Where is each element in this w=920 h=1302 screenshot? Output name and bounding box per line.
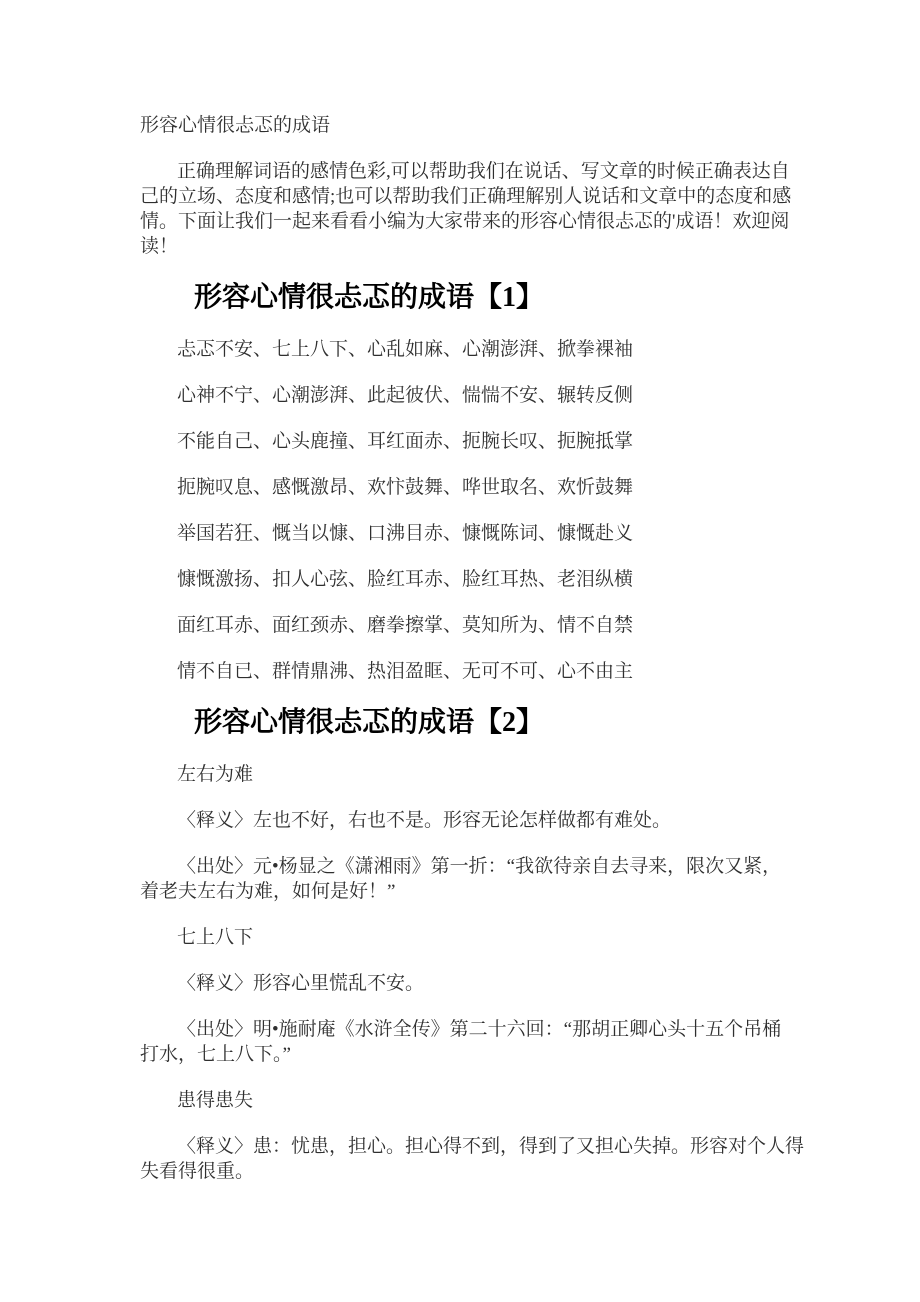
definition-line: 〈释义〉左也不好，右也不是。形容无论怎样做都有难处。 <box>140 808 782 833</box>
idiom-line-group: 忐忑不安、七上八下、心乱如麻、心潮澎湃、掀拳裸袖 <box>140 337 782 362</box>
source-line: 〈出处〉明•施耐庵《水浒全传》第二十六回：“那胡正卿心头十五个吊桶 <box>140 1017 782 1042</box>
idiom-line: 扼腕叹息、感慨激昂、欢忭鼓舞、哗世取名、欢忻鼓舞 <box>140 475 782 500</box>
idiom-line-group: 面红耳赤、面红颈赤、磨拳擦掌、莫知所为、情不自禁 <box>140 613 782 638</box>
idiom-line: 情不自已、群情鼎沸、热泪盈眶、无可不可、心不由主 <box>140 659 782 684</box>
idiom-line: 心神不宁、心潮澎湃、此起彼伏、惴惴不安、辗转反侧 <box>140 383 782 408</box>
idiom-line-group: 慷慨激扬、扣人心弦、脸红耳赤、脸红耳热、老泪纵横 <box>140 567 782 592</box>
idiom-line-group: 不能自己、心头鹿撞、耳红面赤、扼腕长叹、扼腕抵掌 <box>140 429 782 454</box>
entry-source: 〈出处〉元•杨显之《潇湘雨》第一折：“我欲待亲自去寻来，限次又紧， 着老夫左右为… <box>140 854 782 904</box>
source-line: 〈出处〉元•杨显之《潇湘雨》第一折：“我欲待亲自去寻来，限次又紧， <box>140 854 782 879</box>
entry-word: 患得患失 <box>140 1088 782 1113</box>
source-line: 打水，七上八下。” <box>140 1042 782 1067</box>
entry-word-text: 左右为难 <box>140 762 782 787</box>
source-line: 着老夫左右为难，如何是好！” <box>140 879 782 904</box>
entry-definition: 〈释义〉患：忧患，担心。担心得不到，得到了又担心失掉。形容对个人得 失看得很重。 <box>140 1134 782 1184</box>
intro-line: 情。下面让我们一起来看看小编为大家带来的形容心情很忐忑的'成语！欢迎阅 <box>140 209 782 234</box>
intro-line: 读！ <box>140 234 782 259</box>
idiom-line: 举国若狂、慨当以慷、口沸目赤、慷慨陈词、慷慨赴义 <box>140 521 782 546</box>
section-2-heading: 形容心情很忐忑的成语【2】 <box>140 705 782 741</box>
idiom-line: 面红耳赤、面红颈赤、磨拳擦掌、莫知所为、情不自禁 <box>140 613 782 638</box>
entry-definition: 〈释义〉左也不好，右也不是。形容无论怎样做都有难处。 <box>140 808 782 833</box>
entry-source: 〈出处〉明•施耐庵《水浒全传》第二十六回：“那胡正卿心头十五个吊桶 打水，七上八… <box>140 1017 782 1067</box>
definition-line: 〈释义〉患：忧患，担心。担心得不到，得到了又担心失掉。形容对个人得 <box>140 1134 782 1159</box>
entry-word-text: 七上八下 <box>140 925 782 950</box>
idiom-line-group: 扼腕叹息、感慨激昂、欢忭鼓舞、哗世取名、欢忻鼓舞 <box>140 475 782 500</box>
intro-line: 己的立场、态度和感情;也可以帮助我们正确理解别人说话和文章中的态度和感 <box>140 184 782 209</box>
definition-line: 失看得很重。 <box>140 1159 782 1184</box>
intro-paragraph: 正确理解词语的感情色彩,可以帮助我们在说话、写文章的时候正确表达自 己的立场、态… <box>140 159 782 259</box>
idiom-line: 忐忑不安、七上八下、心乱如麻、心潮澎湃、掀拳裸袖 <box>140 337 782 362</box>
idiom-line: 不能自己、心头鹿撞、耳红面赤、扼腕长叹、扼腕抵掌 <box>140 429 782 454</box>
doc-title: 形容心情很忐忑的成语 <box>140 113 782 138</box>
definition-line: 〈释义〉形容心里慌乱不安。 <box>140 971 782 996</box>
idiom-line-group: 举国若狂、慨当以慷、口沸目赤、慷慨陈词、慷慨赴义 <box>140 521 782 546</box>
entry-definition: 〈释义〉形容心里慌乱不安。 <box>140 971 782 996</box>
entry-word: 七上八下 <box>140 925 782 950</box>
intro-line: 正确理解词语的感情色彩,可以帮助我们在说话、写文章的时候正确表达自 <box>140 159 782 184</box>
document-page: 形容心情很忐忑的成语 正确理解词语的感情色彩,可以帮助我们在说话、写文章的时候正… <box>0 0 920 1302</box>
idiom-line-group: 心神不宁、心潮澎湃、此起彼伏、惴惴不安、辗转反侧 <box>140 383 782 408</box>
section-1-heading: 形容心情很忐忑的成语【1】 <box>140 280 782 316</box>
idiom-line-group: 情不自已、群情鼎沸、热泪盈眶、无可不可、心不由主 <box>140 659 782 684</box>
entry-word-text: 患得患失 <box>140 1088 782 1113</box>
idiom-line: 慷慨激扬、扣人心弦、脸红耳赤、脸红耳热、老泪纵横 <box>140 567 782 592</box>
entry-word: 左右为难 <box>140 762 782 787</box>
